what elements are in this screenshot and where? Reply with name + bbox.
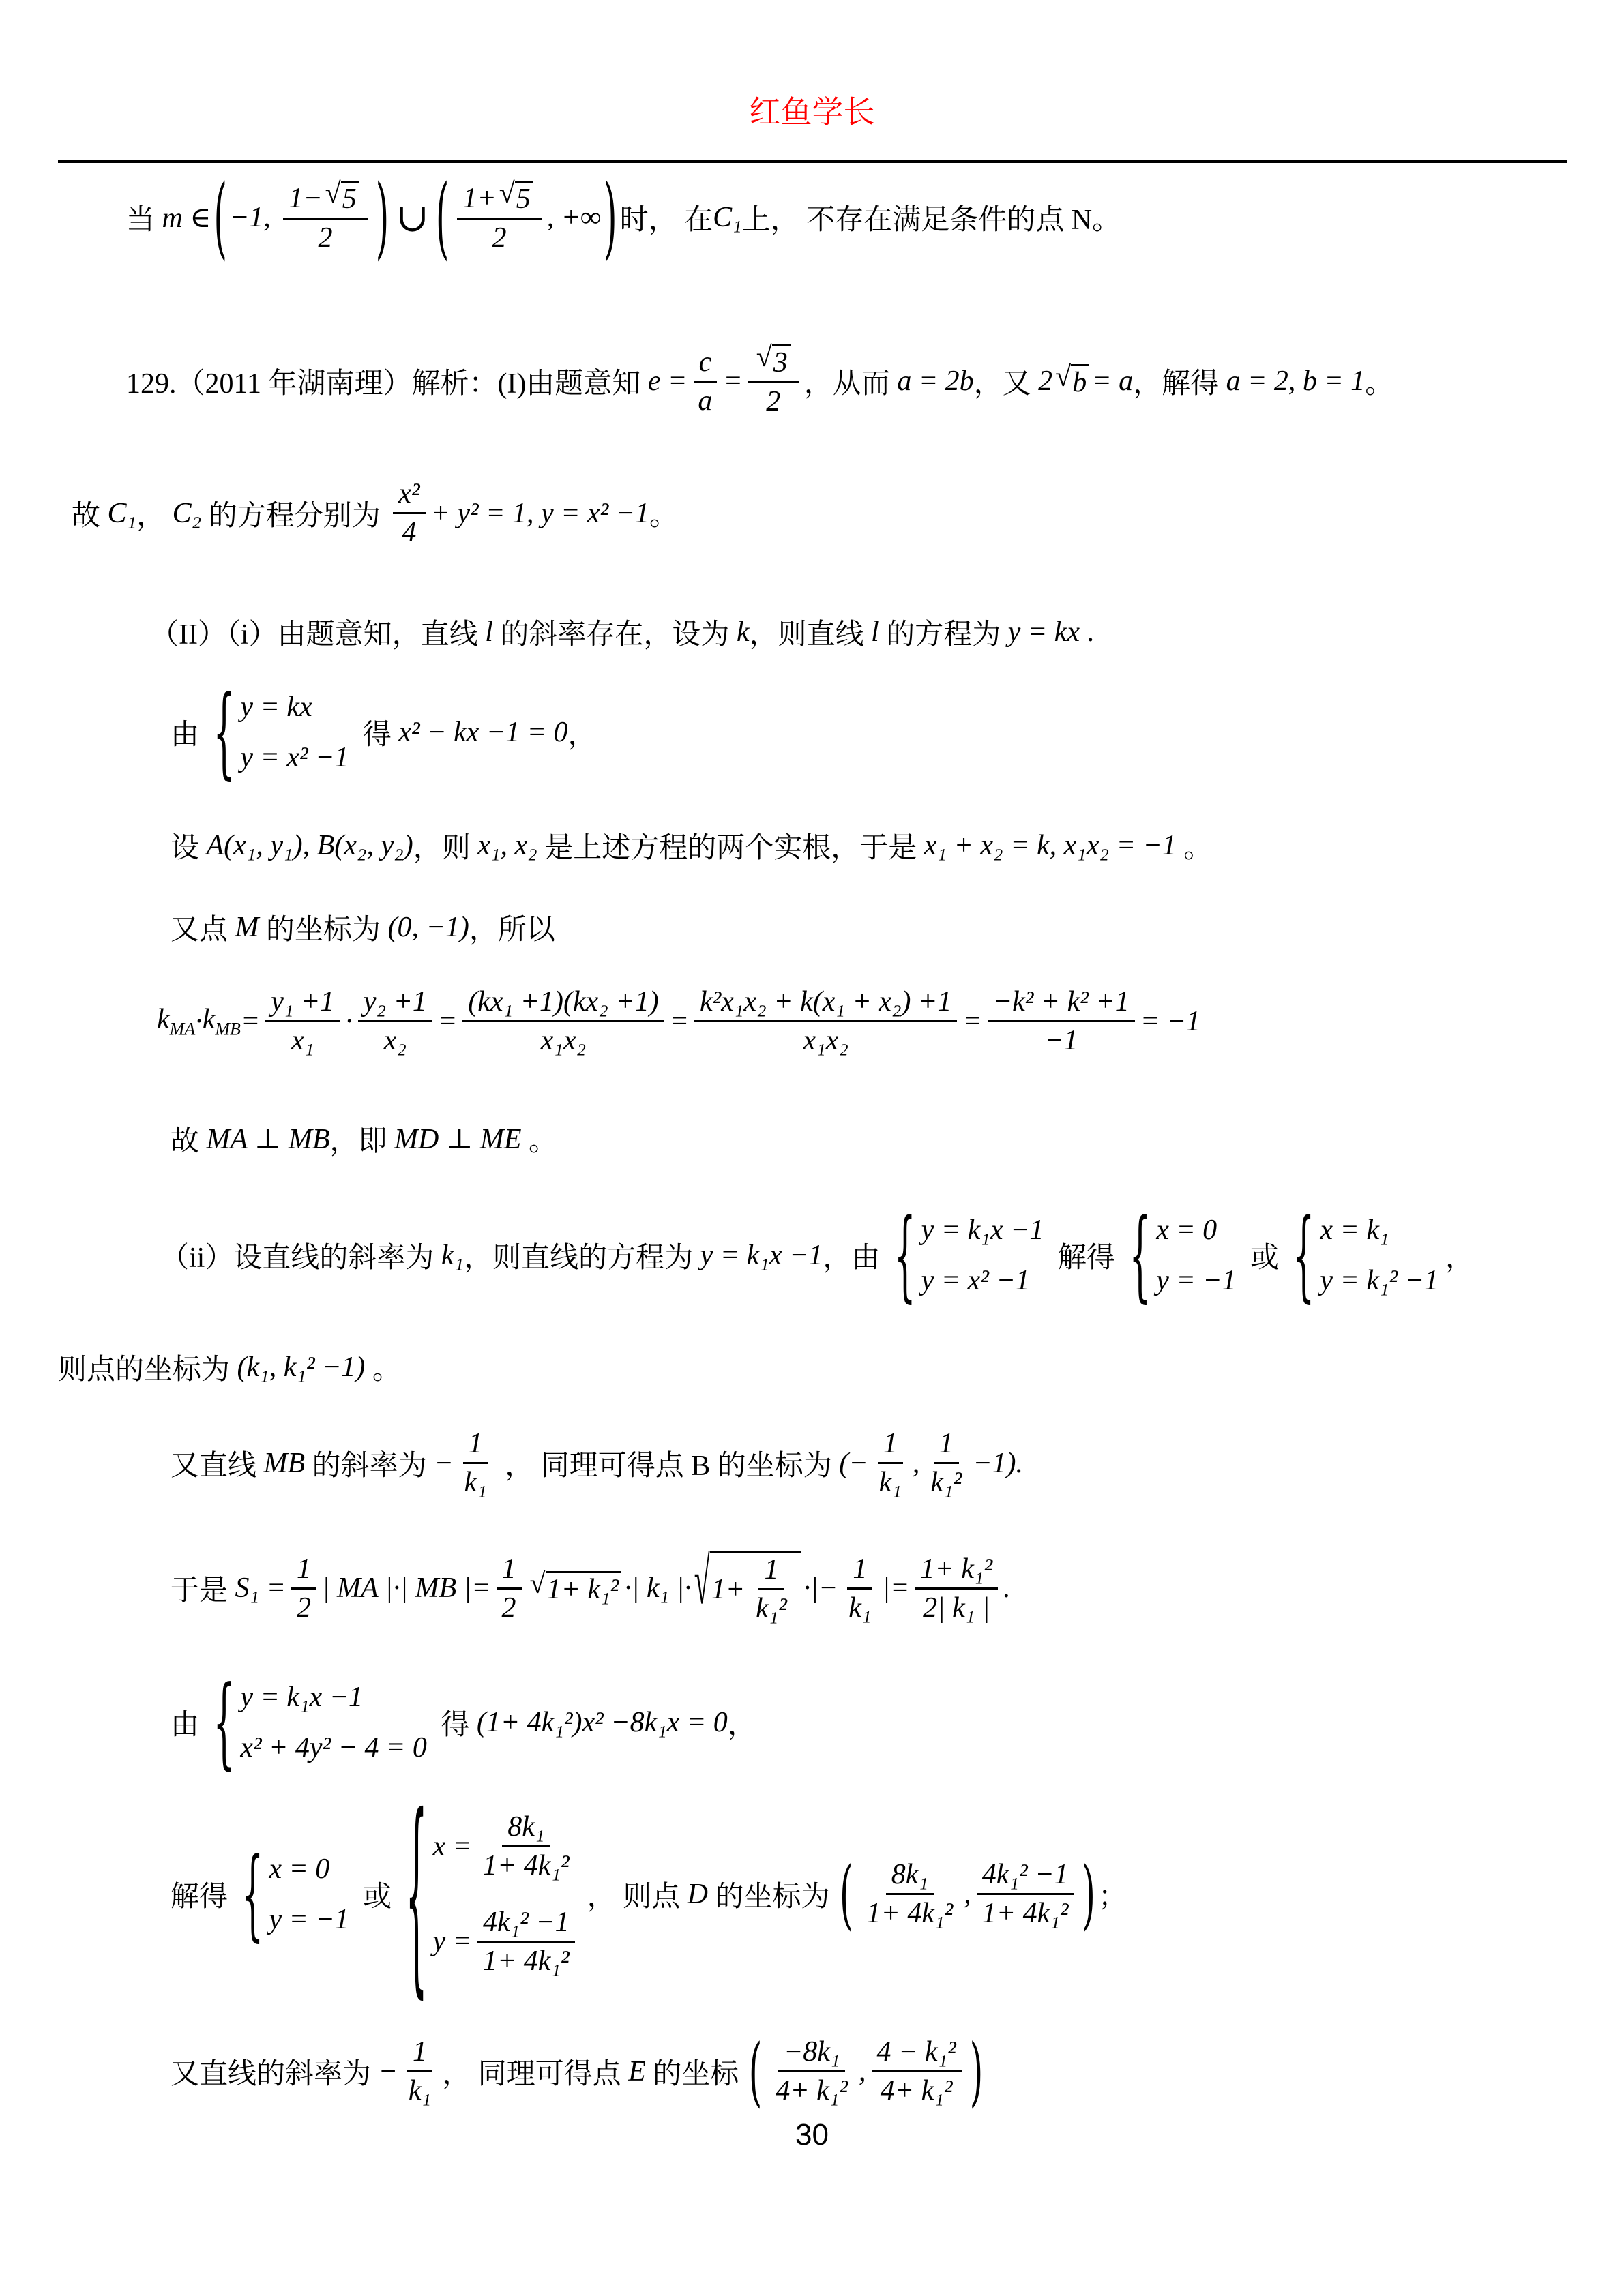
fraction-denominator: k₁² bbox=[925, 1464, 967, 1499]
text: ，则 bbox=[413, 825, 478, 866]
text: 于是 bbox=[171, 1568, 235, 1609]
text: 则点的坐标为 bbox=[58, 1347, 237, 1388]
solution-line-11: 则点的坐标为 (k₁, k₁² −1) 。 bbox=[58, 1347, 401, 1388]
text: ，从而 bbox=[804, 361, 898, 402]
fraction-denominator: 1+ 4k₁² bbox=[477, 1847, 575, 1882]
text: 的坐标为 bbox=[259, 907, 388, 948]
fraction-numerator: y₂ +1 bbox=[358, 985, 432, 1022]
math-text: A(x₁, y₁), B(x₂, y₂) bbox=[207, 829, 413, 862]
left-paren-icon: ( bbox=[436, 173, 449, 262]
text: 由 bbox=[171, 712, 207, 753]
fraction-denominator: x₂ bbox=[379, 1022, 412, 1057]
fraction-numerator: y₁ +1 bbox=[265, 985, 340, 1022]
text: 解得 bbox=[171, 1874, 235, 1915]
k-base: k bbox=[157, 1004, 170, 1035]
equation: y = −1 bbox=[1156, 1264, 1236, 1297]
text: （II）（i）由题意知，直线 bbox=[150, 612, 485, 653]
text: . bbox=[1080, 616, 1094, 648]
fraction-denominator: k₁ bbox=[843, 1590, 876, 1624]
solution-line-2: 129.（2011 年湖南理）解析：(I)由题意知 e = c a = √ 3 … bbox=[126, 344, 1393, 419]
math-text: , bbox=[859, 2055, 866, 2088]
text: ，由 bbox=[823, 1235, 887, 1276]
text: 的坐标为 bbox=[708, 1874, 837, 1915]
equation: y = kx bbox=[240, 691, 312, 724]
right-paren-icon: ) bbox=[970, 2034, 984, 2109]
math-text: E bbox=[628, 2055, 646, 2088]
radical-sign-icon: √ bbox=[499, 179, 515, 208]
text: 。 bbox=[649, 493, 678, 534]
fraction-denominator: a bbox=[692, 383, 718, 417]
text: 由 bbox=[171, 1702, 207, 1743]
fraction-denominator: k₁ bbox=[459, 1464, 492, 1499]
text: 又直线的斜率为 bbox=[171, 2051, 379, 2092]
page-number: 30 bbox=[0, 2118, 1624, 2152]
equation-system: { y = kx y = x² −1 bbox=[213, 691, 349, 774]
math-text: = −1 bbox=[1140, 1005, 1200, 1038]
left-brace-icon: { bbox=[242, 1845, 264, 1943]
solution-line-16: 又直线的斜率为 − 1 k₁ ， 同理可得点 E 的坐标 ( −8k₁ 4+ k… bbox=[171, 2036, 986, 2108]
text: ，即 bbox=[330, 1118, 395, 1159]
document-page: 红鱼学长 当 m ∈ ( −1, 1− √ 5 2 ) ∪ ( 1+ √ bbox=[0, 0, 1624, 2296]
math-text: l bbox=[485, 616, 493, 648]
text: 的方程为 bbox=[879, 612, 1008, 653]
equation: x = 0 bbox=[269, 1853, 329, 1885]
equation-system: { x = k₁ y = k₁² −1 bbox=[1293, 1214, 1438, 1297]
radical-sign-icon: √ bbox=[694, 1550, 710, 1616]
left-brace-icon: { bbox=[213, 1673, 235, 1772]
math-text: 1− bbox=[289, 182, 322, 215]
radical: √ 3 bbox=[756, 344, 791, 379]
fraction-numerator: 1 bbox=[407, 2036, 432, 2072]
math-text: −1, bbox=[230, 201, 278, 234]
left-brace-icon: { bbox=[894, 1206, 916, 1305]
equation: x = 0 bbox=[1156, 1214, 1217, 1247]
math-text: a = 2, b = 1 bbox=[1226, 365, 1365, 398]
math-text: 2 bbox=[1038, 365, 1052, 398]
text: ，解得 bbox=[1133, 361, 1226, 402]
solution-line-13: 于是 S₁ = 1 2 | MA |·| MB |= 1 2 √ 1+ k₁² … bbox=[171, 1551, 1011, 1626]
subscript-MA: MA bbox=[170, 1019, 196, 1039]
fraction-denominator: 1+ 4k₁² bbox=[477, 1943, 575, 1978]
solution-line-6: 设 A(x₁, y₁), B(x₂, y₂) ，则 x₁, x₂ 是上述方程的两… bbox=[171, 825, 1212, 866]
fraction-numerator: (kx₁ +1)(kx₂ +1) bbox=[462, 985, 664, 1022]
union-symbol: ∪ bbox=[396, 194, 429, 241]
fraction: 8k₁ 1+ 4k₁² bbox=[861, 1858, 959, 1930]
math-text: y = k₁x −1 bbox=[700, 1239, 823, 1272]
fraction: 4k₁² −1 1+ 4k₁² bbox=[477, 1906, 575, 1978]
left-paren-icon: ( bbox=[213, 173, 227, 262]
math-text: C₁ bbox=[713, 201, 742, 234]
fraction-denominator: 2 bbox=[291, 1590, 316, 1624]
equals-sign: = bbox=[438, 1005, 457, 1038]
math-text: C₁ bbox=[108, 497, 137, 530]
fraction-denominator: 2 bbox=[497, 1590, 522, 1624]
left-brace-icon: { bbox=[1129, 1206, 1151, 1305]
radicand: 5 bbox=[515, 181, 533, 215]
equation: y = −1 bbox=[269, 1903, 349, 1936]
equation: y = x² −1 bbox=[240, 741, 349, 774]
text: 的斜率存在，设为 bbox=[493, 612, 737, 653]
math-text: (k₁, k₁² −1) bbox=[237, 1351, 366, 1384]
fraction-denominator: 4+ k₁² bbox=[770, 2072, 853, 2107]
math-text: , bbox=[913, 1447, 920, 1480]
fraction: 4 − k₁² 4+ k₁² bbox=[872, 2036, 962, 2108]
fraction-denominator: 2 bbox=[487, 220, 512, 254]
text: ， bbox=[728, 1702, 756, 1743]
text: 又点 bbox=[171, 907, 235, 948]
fraction-numerator: 1 bbox=[934, 1427, 959, 1464]
system-rows: y = k₁x −1 y = x² −1 bbox=[921, 1214, 1044, 1297]
text: 是上述方程的两个实根，于是 bbox=[537, 825, 924, 866]
text: 129.（2011 年湖南理）解析：(I)由题意知 bbox=[126, 361, 648, 402]
math-text: (1+ 4k₁²)x² −8k₁x = 0 bbox=[477, 1706, 728, 1739]
text: ， 则点 bbox=[587, 1874, 688, 1915]
radical: √ 5 bbox=[499, 181, 533, 215]
dot-operator: · bbox=[345, 1005, 353, 1038]
equation-system: { x = 0 y = −1 bbox=[1129, 1214, 1236, 1297]
math-text: y = bbox=[432, 1925, 471, 1958]
fraction-numerator: √ 3 bbox=[748, 344, 799, 383]
equation: y = x² −1 bbox=[921, 1264, 1030, 1297]
math-text: D bbox=[688, 1878, 708, 1911]
dot-operator: · bbox=[195, 1005, 203, 1038]
math-text: x = bbox=[432, 1830, 471, 1863]
math-text: C₂ bbox=[173, 497, 202, 530]
fraction: 1 k₁ bbox=[403, 2036, 437, 2108]
math-text: + y² = 1, y = x² −1 bbox=[431, 497, 649, 530]
math-text: k₁ bbox=[441, 1239, 464, 1272]
system-rows: x = 8k₁ 1+ 4k₁² y = 4k₁² −1 1+ 4k₁² bbox=[432, 1810, 580, 1978]
system-rows: x = 0 y = −1 bbox=[269, 1853, 349, 1936]
left-paren-icon: ( bbox=[840, 1857, 853, 1932]
math-text: a = 2b bbox=[897, 365, 973, 398]
equation-system: { x = 8k₁ 1+ 4k₁² y = 4k₁² −1 1+ 4k₁² bbox=[406, 1810, 580, 1978]
text: ； bbox=[1098, 1874, 1127, 1915]
text: ，则直线 bbox=[750, 612, 872, 653]
equals-sign: = bbox=[241, 1005, 260, 1038]
equation: x² + 4y² − 4 = 0 bbox=[240, 1731, 427, 1764]
right-paren-icon: ) bbox=[376, 173, 389, 262]
fraction: 1 k₁ bbox=[459, 1427, 492, 1500]
solution-line-8: kMA · kMB = y₁ +1 x₁ · y₂ +1 x₂ = (kx₁ +… bbox=[157, 985, 1200, 1058]
k-base: k bbox=[203, 1004, 216, 1035]
equation-system: { y = k₁x −1 y = x² −1 bbox=[894, 1214, 1044, 1297]
fraction-numerator: 4k₁² −1 bbox=[977, 1858, 1074, 1895]
text: 的方程分别为 bbox=[201, 493, 387, 534]
slope-product: kMB bbox=[203, 1003, 241, 1039]
fraction-numerator: 8k₁ bbox=[502, 1810, 550, 1847]
header-divider bbox=[58, 160, 1567, 163]
fraction-denominator: 2 bbox=[313, 220, 338, 254]
radicand: 1+ k₁² bbox=[546, 1571, 622, 1606]
solution-line-9: 故 MA ⊥ MB ，即 MD ⊥ ME 。 bbox=[171, 1118, 557, 1159]
fraction: 1 2 bbox=[497, 1553, 522, 1625]
system-rows: y = kx y = x² −1 bbox=[240, 691, 349, 774]
text: ， bbox=[136, 493, 173, 534]
fraction: y₁ +1 x₁ bbox=[265, 985, 340, 1058]
equation-system: { y = k₁x −1 x² + 4y² − 4 = 0 bbox=[213, 1681, 427, 1764]
radicand: 3 bbox=[772, 344, 791, 379]
math-text: = a bbox=[1092, 365, 1133, 398]
radical: √ 1+ k₁² bbox=[530, 1571, 622, 1606]
radical: √ 1+ 1 k₁² bbox=[694, 1551, 801, 1626]
solution-line-5: 由 { y = kx y = x² −1 得 x² − kx −1 = 0 ， bbox=[171, 691, 596, 774]
radicand: 1+ 1 k₁² bbox=[710, 1551, 801, 1626]
text: 又直线 bbox=[171, 1443, 264, 1484]
math-text: MB bbox=[264, 1447, 306, 1480]
fraction-denominator: 4+ k₁² bbox=[875, 2072, 958, 2107]
equation: y = k₁x −1 bbox=[921, 1214, 1044, 1247]
text: ， 同理可得点 bbox=[442, 2051, 628, 2092]
text: ，又 bbox=[974, 361, 1039, 402]
equation-system: { x = 0 y = −1 bbox=[242, 1853, 349, 1936]
fraction-numerator: 1 bbox=[463, 1427, 488, 1464]
text: 的斜率为 bbox=[305, 1443, 434, 1484]
fraction-numerator: 8k₁ bbox=[886, 1858, 934, 1895]
fraction-denominator: x₁x₂ bbox=[535, 1022, 592, 1057]
fraction: 4k₁² −1 1+ 4k₁² bbox=[977, 1858, 1074, 1930]
fraction-denominator: k₁ bbox=[403, 2072, 437, 2107]
subscript-MB: MB bbox=[215, 1019, 241, 1039]
math-text: ·|− bbox=[803, 1572, 838, 1605]
fraction-denominator: k₁ bbox=[874, 1464, 907, 1499]
fraction-numerator: 1 bbox=[878, 1427, 903, 1464]
fraction-numerator: 1 bbox=[497, 1553, 522, 1590]
math-text: ·| k₁ |· bbox=[624, 1572, 691, 1605]
math-text: MD ⊥ ME bbox=[394, 1122, 521, 1156]
equation: x = 8k₁ 1+ 4k₁² bbox=[432, 1810, 580, 1883]
fraction-numerator: 1 bbox=[291, 1553, 316, 1590]
fraction-numerator: x² bbox=[393, 477, 425, 514]
fraction-numerator: 1 bbox=[847, 1553, 872, 1590]
system-rows: x = k₁ y = k₁² −1 bbox=[1320, 1214, 1438, 1297]
math-text: −1). bbox=[973, 1447, 1023, 1480]
fraction: −k² + k² +1 −1 bbox=[988, 985, 1135, 1058]
math-text: . bbox=[1003, 1572, 1011, 1605]
text: ， 同理可得点 B 的坐标为 bbox=[498, 1443, 840, 1484]
left-brace-icon: { bbox=[213, 683, 235, 782]
fraction: y₂ +1 x₂ bbox=[358, 985, 432, 1058]
equation: y = k₁x −1 bbox=[240, 1681, 363, 1714]
minus-sign: − bbox=[434, 1447, 453, 1480]
text: 故 bbox=[171, 1118, 207, 1159]
fraction: −8k₁ 4+ k₁² bbox=[770, 2036, 853, 2108]
fraction: 1+ √ 5 2 bbox=[457, 181, 541, 255]
fraction: 1 k₁ bbox=[874, 1427, 907, 1500]
fraction: 8k₁ 1+ 4k₁² bbox=[477, 1810, 575, 1883]
text: （ii）设直线的斜率为 bbox=[160, 1235, 441, 1276]
math-text: |= bbox=[883, 1572, 910, 1605]
fraction: √ 3 2 bbox=[748, 344, 799, 419]
equals-sign: = bbox=[670, 1005, 689, 1038]
text: 解得 bbox=[1050, 1235, 1122, 1276]
math-text: l bbox=[871, 616, 879, 648]
radical: √ b bbox=[1055, 364, 1089, 399]
text: 得 bbox=[434, 1702, 477, 1743]
math-text: , bbox=[964, 1878, 971, 1911]
text: 时， 在 bbox=[620, 197, 713, 238]
radical-sign-icon: √ bbox=[530, 1570, 546, 1598]
fraction-denominator: k₁² bbox=[750, 1590, 793, 1625]
fraction-denominator: 4 bbox=[396, 514, 422, 549]
math-text: e = bbox=[648, 365, 687, 398]
fraction: 1 k₁ bbox=[843, 1553, 876, 1625]
fraction: (kx₁ +1)(kx₂ +1) x₁x₂ bbox=[462, 985, 664, 1058]
math-text: x₁, x₂ bbox=[477, 829, 537, 862]
fraction-numerator: k²x₁x₂ + k(x₁ + x₂) +1 bbox=[694, 985, 957, 1022]
slope-product: kMA bbox=[157, 1003, 195, 1039]
text: 。 bbox=[1365, 361, 1393, 402]
radical-sign-icon: √ bbox=[1055, 363, 1071, 391]
math-text: S₁ = bbox=[235, 1572, 286, 1605]
math-text: x₁ + x₂ = k, x₁x₂ = −1 bbox=[924, 829, 1177, 862]
text: 的坐标 bbox=[646, 2051, 746, 2092]
system-rows: y = k₁x −1 x² + 4y² − 4 = 0 bbox=[240, 1681, 427, 1764]
text: 得 bbox=[355, 712, 398, 753]
text: 上， 不存在满足条件的点 N。 bbox=[742, 197, 1121, 238]
text: ， bbox=[1445, 1235, 1474, 1276]
equation: y = 4k₁² −1 1+ 4k₁² bbox=[432, 1906, 580, 1978]
fraction-numerator: 1+ k₁² bbox=[915, 1553, 998, 1590]
fraction-denominator: 2 bbox=[761, 383, 786, 418]
fraction-numerator: −k² + k² +1 bbox=[988, 985, 1135, 1022]
text: ， bbox=[567, 712, 596, 753]
math-text: (0, −1) bbox=[388, 911, 469, 944]
math-text: m ∈ bbox=[162, 200, 211, 235]
equals-sign: = bbox=[962, 1005, 981, 1038]
solution-line-12: 又直线 MB 的斜率为 − 1 k₁ ， 同理可得点 B 的坐标为 (− 1 k… bbox=[171, 1427, 1023, 1500]
radical: √ 5 bbox=[325, 181, 359, 215]
text: 设 bbox=[171, 825, 207, 866]
text: 故 bbox=[72, 493, 108, 534]
solution-line-4: （II）（i）由题意知，直线 l 的斜率存在，设为 k ，则直线 l 的方程为 … bbox=[150, 612, 1094, 653]
text: 或 bbox=[1243, 1235, 1286, 1276]
radicand: b bbox=[1071, 364, 1089, 399]
fraction: 1− √ 5 2 bbox=[283, 181, 367, 255]
left-paren-icon: ( bbox=[749, 2034, 763, 2109]
fraction-numerator: c bbox=[694, 346, 718, 383]
math-text: | MA |·| MB |= bbox=[322, 1572, 491, 1605]
equals-sign: = bbox=[723, 365, 742, 398]
math-text: (− bbox=[839, 1447, 868, 1480]
radicand: 5 bbox=[341, 181, 359, 215]
solution-line-7: 又点 M 的坐标为 (0, −1) ，所以 bbox=[171, 907, 555, 948]
solution-line-15: 解得 { x = 0 y = −1 或 { x = 8k₁ 1+ 4k₁² bbox=[171, 1810, 1127, 1978]
solution-line-14: 由 { y = k₁x −1 x² + 4y² − 4 = 0 得 (1+ 4k… bbox=[171, 1681, 756, 1764]
math-text: 1+ bbox=[462, 182, 496, 215]
system-rows: x = 0 y = −1 bbox=[1156, 1214, 1236, 1297]
equation: y = k₁² −1 bbox=[1320, 1264, 1438, 1297]
text: ，所以 bbox=[469, 907, 555, 948]
math-text: MA ⊥ MB bbox=[207, 1122, 330, 1156]
fraction-numerator: 1− √ 5 bbox=[283, 181, 367, 220]
right-paren-icon: ) bbox=[604, 173, 617, 262]
fraction: 1 2 bbox=[291, 1553, 316, 1625]
math-text: , +∞ bbox=[547, 201, 601, 234]
solution-line-10: （ii）设直线的斜率为 k₁ ，则直线的方程为 y = k₁x −1 ，由 { … bbox=[160, 1214, 1474, 1297]
math-text: M bbox=[235, 911, 259, 944]
solution-line-1: 当 m ∈ ( −1, 1− √ 5 2 ) ∪ ( 1+ √ 5 bbox=[126, 181, 1121, 255]
math-text: 1+ bbox=[711, 1573, 745, 1606]
fraction: x² 4 bbox=[393, 477, 425, 550]
fraction-denominator: −1 bbox=[1039, 1022, 1083, 1057]
fraction-denominator: x₁x₂ bbox=[797, 1022, 854, 1057]
text: 或 bbox=[356, 1874, 399, 1915]
page-title: 红鱼学长 bbox=[0, 87, 1624, 132]
text: 当 bbox=[126, 197, 162, 238]
fraction-denominator: x₁ bbox=[286, 1022, 319, 1057]
math-text: x² − kx −1 = 0 bbox=[398, 716, 567, 749]
left-brace-icon: { bbox=[406, 1789, 428, 2000]
radical-sign-icon: √ bbox=[756, 343, 772, 372]
text: 。 bbox=[365, 1347, 401, 1388]
fraction-numerator: 1 bbox=[758, 1553, 784, 1590]
fraction-numerator: −8k₁ bbox=[778, 2036, 846, 2072]
math-text: y = kx bbox=[1008, 616, 1080, 648]
minus-sign: − bbox=[379, 2055, 398, 2088]
math-text: k bbox=[737, 616, 750, 648]
equation: x = k₁ bbox=[1320, 1214, 1389, 1247]
text: 。 bbox=[522, 1118, 558, 1159]
fraction-denominator: 1+ 4k₁² bbox=[977, 1895, 1074, 1930]
fraction-numerator: 4k₁² −1 bbox=[477, 1906, 575, 1943]
text: 。 bbox=[1177, 825, 1213, 866]
fraction-denominator: 2| k₁ | bbox=[917, 1590, 995, 1624]
right-paren-icon: ) bbox=[1082, 1857, 1095, 1932]
fraction-numerator: 4 − k₁² bbox=[872, 2036, 962, 2072]
fraction-denominator: 1+ 4k₁² bbox=[861, 1895, 959, 1930]
text: ，则直线的方程为 bbox=[464, 1235, 700, 1276]
fraction: 1 k₁² bbox=[750, 1553, 793, 1626]
left-brace-icon: { bbox=[1293, 1206, 1315, 1305]
fraction: k²x₁x₂ + k(x₁ + x₂) +1 x₁x₂ bbox=[694, 985, 957, 1058]
fraction-numerator: 1+ √ 5 bbox=[457, 181, 541, 220]
solution-line-3: 故 C₁ ， C₂ 的方程分别为 x² 4 + y² = 1, y = x² −… bbox=[72, 477, 678, 550]
fraction: 1+ k₁² 2| k₁ | bbox=[915, 1553, 998, 1625]
radical-sign-icon: √ bbox=[325, 179, 341, 208]
fraction: c a bbox=[692, 346, 718, 418]
fraction: 1 k₁² bbox=[925, 1427, 967, 1500]
